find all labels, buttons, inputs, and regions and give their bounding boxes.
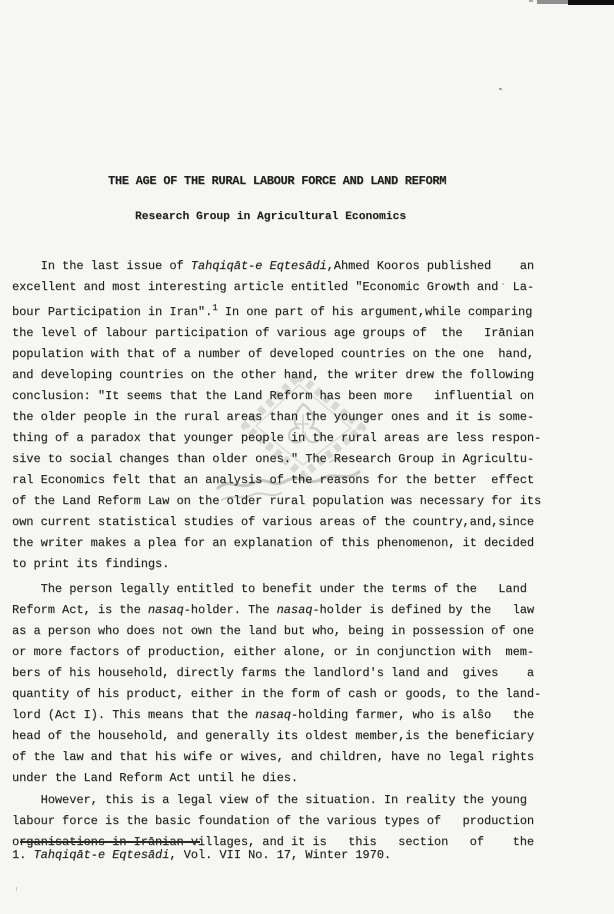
text-run: thing of a paradox that younger people i… <box>12 431 541 445</box>
text-run: -holder is defined by the law <box>312 603 534 617</box>
byline: Research Group in Agricultural Economics <box>135 211 406 223</box>
paragraph: The person legally entitled to benefit u… <box>12 579 560 789</box>
text-run: bour Participation in Iran". <box>12 305 212 319</box>
text-run: Reform Act, is the <box>12 603 148 617</box>
text-line: bers of his household, directly farms th… <box>12 663 560 684</box>
text-line: and developing countries on the other ha… <box>12 365 560 386</box>
text-line: ral Economics felt that an analysis of t… <box>12 470 560 491</box>
text-line: Reform Act, is the nasaq-holder. The nas… <box>12 600 560 621</box>
text-line: of the Land Reform Law on the older rura… <box>12 491 560 512</box>
text-run: quantity of his product, either in the f… <box>12 687 541 701</box>
text-line: own current statistical studies of vario… <box>12 512 560 533</box>
text-line: under the Land Reform Act until he dies. <box>12 768 560 789</box>
text-run: sive to social changes than older ones."… <box>12 452 534 466</box>
footnote: 1. Tahqiqāt-e Eqtesādi, Vol. VII No. 17,… <box>12 846 391 865</box>
text-run: ral Economics felt that an analysis of t… <box>12 473 534 487</box>
footnote-separator-rule <box>20 841 200 843</box>
text-run: of the Land Reform Law on the older rura… <box>12 494 541 508</box>
text-run: ,Ahmed Kooros published an <box>327 259 534 273</box>
paragraph: However, this is a legal view of the sit… <box>12 790 560 853</box>
text-run: In the last issue of <box>12 259 191 273</box>
text-line: The person legally entitled to benefit u… <box>12 579 560 600</box>
text-line: labour force is the basic foundation of … <box>12 811 560 832</box>
text-line: population with that of a number of deve… <box>12 344 560 365</box>
text-line: the writer makes a plea for an explanati… <box>12 533 560 554</box>
text-line: conclusion: "It seems that the Land Refo… <box>12 386 560 407</box>
text-run: or more factors of production, either al… <box>12 645 534 659</box>
text-run: own current statistical studies of vario… <box>12 515 534 529</box>
document-page: THE AGE OF THE RURAL LABOUR FORCE AND LA… <box>0 0 614 914</box>
text-run: to print its findings. <box>12 557 169 571</box>
italic-text: nasaq <box>148 603 184 617</box>
text-run: bers of his household, directly farms th… <box>12 666 534 680</box>
text-line: the older people in the rural areas than… <box>12 407 560 428</box>
text-run: head of the household, and generally its… <box>12 729 534 743</box>
text-line: as a person who does not own the land bu… <box>12 621 560 642</box>
text-line: or more factors of production, either al… <box>12 642 560 663</box>
text-line: excellent and most interesting article e… <box>12 277 560 298</box>
text-line: head of the household, and generally its… <box>12 726 560 747</box>
text-line: sive to social changes than older ones."… <box>12 449 560 470</box>
text-run: of the law and that his wife or wives, a… <box>12 750 534 764</box>
italic-text: Tahqiqāt-e Eqtesādi <box>191 259 327 273</box>
text-run: as a person who does not own the land bu… <box>12 624 534 638</box>
italic-text: nasaq <box>277 603 313 617</box>
text-run: labour force is the basic foundation of … <box>12 814 534 828</box>
text-run: In one part of his argument,while compar… <box>218 305 533 319</box>
text-run: -holder. The <box>184 603 277 617</box>
page-title: THE AGE OF THE RURAL LABOUR FORCE AND LA… <box>108 174 446 188</box>
text-layer: THE AGE OF THE RURAL LABOUR FORCE AND LA… <box>12 0 572 914</box>
text-run: The person legally entitled to benefit u… <box>12 582 527 596</box>
text-line: of the law and that his wife or wives, a… <box>12 747 560 768</box>
text-run: excellent and most interesting article e… <box>12 280 534 294</box>
text-line: quantity of his product, either in the f… <box>12 684 560 705</box>
paragraph: In the last issue of Tahqiqāt-e Eqtesādi… <box>12 256 560 575</box>
text-line: In the last issue of Tahqiqāt-e Eqtesādi… <box>12 256 560 277</box>
text-run: , Vol. VII No. 17, Winter 1970. <box>169 848 391 862</box>
text-line: lord (Act I). This means that the nasaq-… <box>12 705 560 726</box>
italic-text: Tahqiqāt-e Eqtesādi <box>33 848 169 862</box>
text-line: thing of a paradox that younger people i… <box>12 428 560 449</box>
text-run: However, this is a legal view of the sit… <box>12 793 527 807</box>
text-run: 1. <box>12 848 33 862</box>
italic-text: nasaq <box>255 708 291 722</box>
text-run: and developing countries on the other ha… <box>12 368 534 382</box>
text-run: lord (Act I). This means that the <box>12 708 255 722</box>
scan-bar-black-segment <box>568 0 614 5</box>
text-run: the older people in the rural areas than… <box>12 410 534 424</box>
text-run: the level of labour participation of var… <box>12 326 534 340</box>
text-run: under the Land Reform Act until he dies. <box>12 771 298 785</box>
text-line: the level of labour participation of var… <box>12 323 560 344</box>
body-text: In the last issue of Tahqiqāt-e Eqtesādi… <box>12 256 560 853</box>
text-run: population with that of a number of deve… <box>12 347 534 361</box>
text-line: However, this is a legal view of the sit… <box>12 790 560 811</box>
text-run: conclusion: "It seems that the Land Refo… <box>12 389 534 403</box>
text-run: the writer makes a plea for an explanati… <box>12 536 534 550</box>
text-line: bour Participation in Iran".1 In one par… <box>12 298 560 323</box>
text-run: -holding farmer, who is alŝo the <box>291 708 534 722</box>
text-line: to print its findings. <box>12 554 560 575</box>
